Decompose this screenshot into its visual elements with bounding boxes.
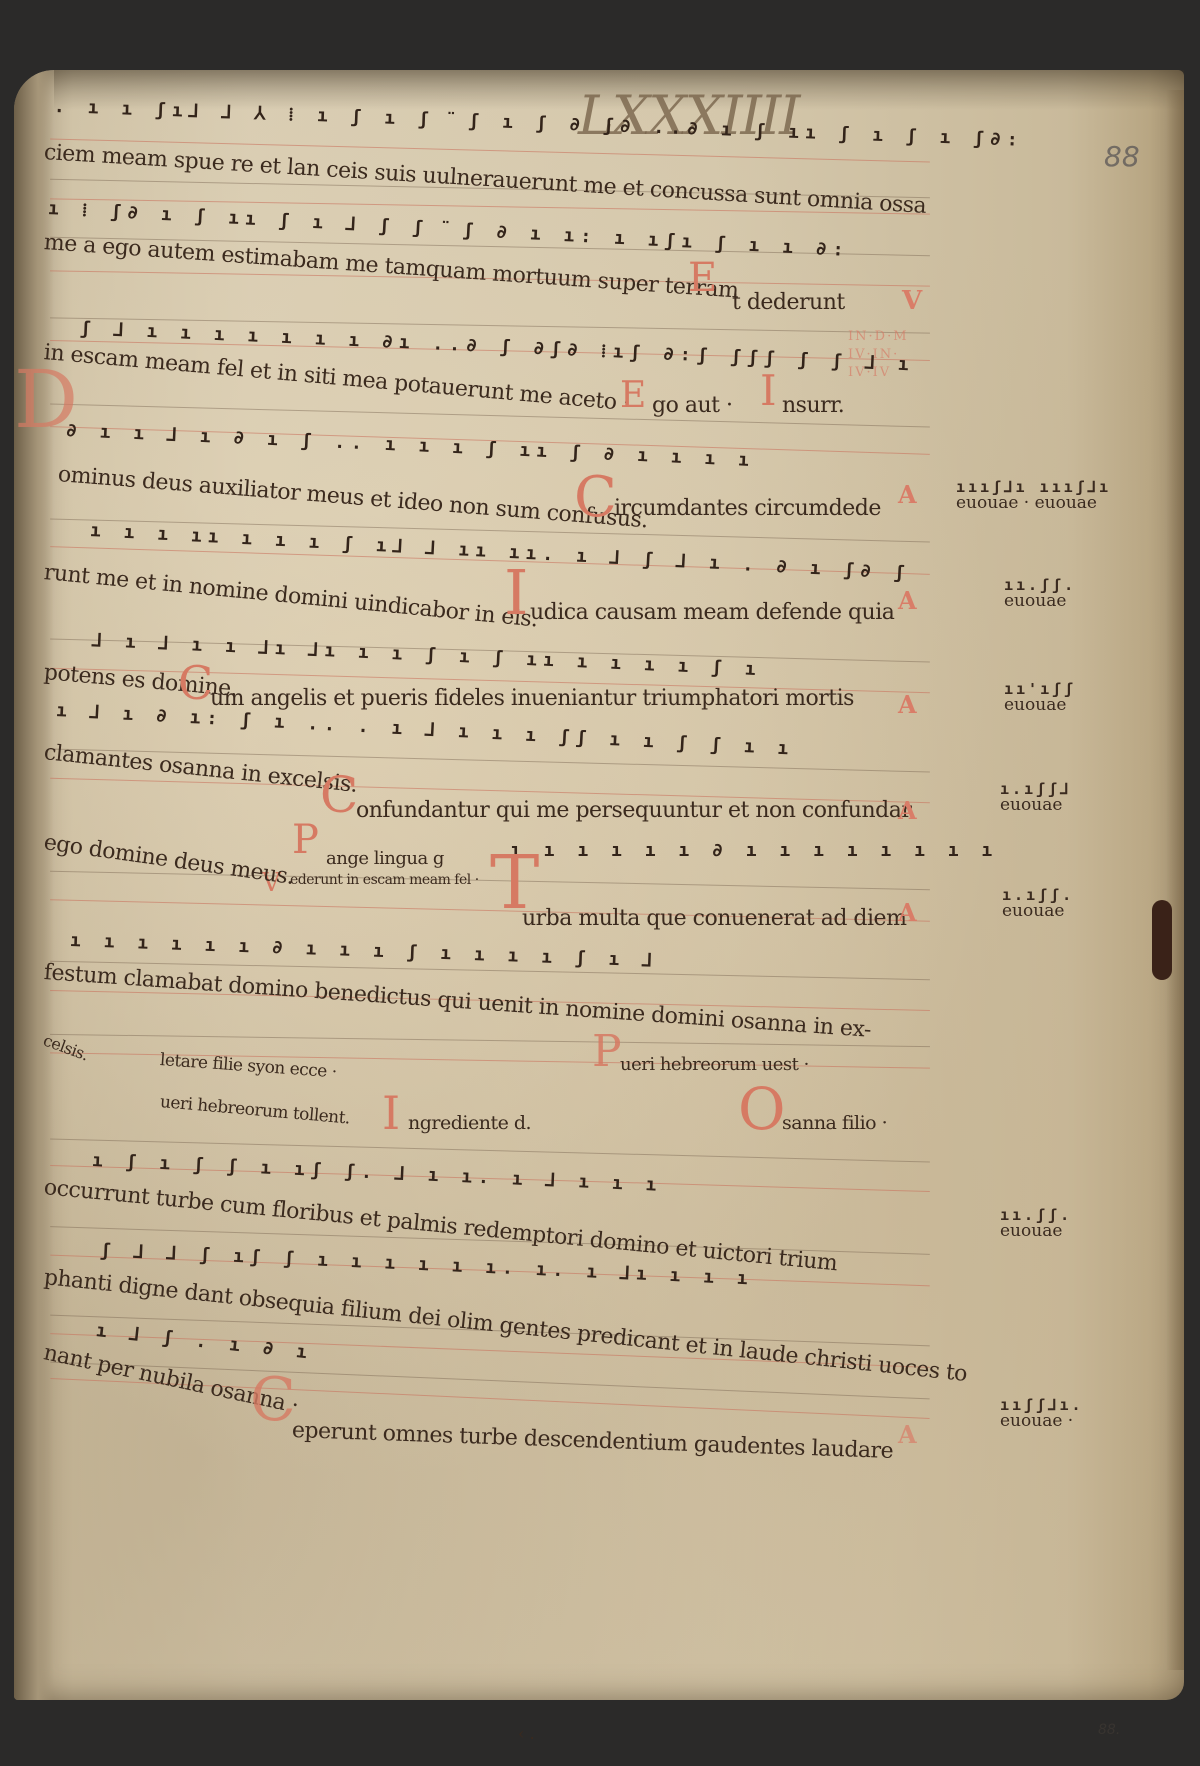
euouae-formula: ıı.ʃʃ. euouae — [1000, 1206, 1072, 1241]
chant-text-line: udica causam meam defende quia — [530, 600, 894, 625]
red-initial: I — [382, 1090, 400, 1136]
formula-text: euouae · — [1000, 1411, 1084, 1431]
chant-text-line: ederunt in escam meam fel · — [290, 872, 479, 888]
red-initial: E — [620, 378, 646, 414]
versicle-mark: V — [902, 286, 922, 316]
antiphon-mark: A — [898, 480, 917, 509]
formula-text: euouae — [1000, 1221, 1072, 1241]
red-initial: C — [574, 470, 617, 526]
bottom-folio-number: 88. — [1098, 1722, 1120, 1738]
formula-text: euouae · euouae — [956, 493, 1111, 513]
euouae-formula: ı.ıʃʃ. euouae — [1002, 886, 1074, 921]
formula-text: euouae — [1004, 695, 1076, 715]
manuscript-page — [14, 70, 1184, 1700]
red-initial: I — [760, 370, 777, 412]
euouae-formula: ıııʃ⅃ı ıııʃ⅃ı euouae · euouae — [956, 478, 1111, 513]
red-initial: C — [250, 1370, 296, 1430]
chant-text-line: urba multa que conuenerat ad diem — [522, 906, 906, 931]
chant-text-line: ange lingua g — [326, 848, 444, 869]
antiphon-mark: A — [898, 690, 917, 719]
chant-text-line: nsurr. — [782, 393, 844, 418]
bottom-mark: ‹ . — [518, 1724, 535, 1743]
pencil-folio-number: 88 — [1104, 140, 1140, 173]
formula-text: euouae — [1002, 901, 1074, 921]
formula-text: euouae — [1000, 795, 1072, 815]
red-initial: P — [592, 1030, 622, 1074]
chant-text-line: ueri hebreorum uest · — [620, 1054, 809, 1075]
euouae-formula: ıı.ʃʃ. euouae — [1004, 576, 1076, 611]
chant-text-line: go aut · — [652, 393, 732, 418]
chant-text-line: ircumdantes circumdede — [614, 496, 881, 521]
chant-text-line: t dederunt — [732, 290, 845, 315]
chant-text-line: um angelis et pueris fideles inueniantur… — [210, 686, 854, 711]
antiphon-mark: A — [898, 586, 917, 615]
red-initial: C — [320, 770, 358, 820]
page-right-edge — [1166, 90, 1184, 1670]
chant-text-line: ngrediente d. — [408, 1112, 531, 1134]
red-initial: I — [504, 562, 529, 624]
antiphon-mark: A — [898, 796, 917, 825]
euouae-formula: ııʃʃ⅃ı. euouae · — [1000, 1396, 1084, 1431]
ink-stain — [1152, 900, 1172, 980]
chant-text-line: sanna filio · — [782, 1112, 887, 1134]
antiphon-mark: A — [898, 898, 917, 927]
euouae-formula: ıı'ıʃʃ euouae — [1004, 680, 1076, 715]
neume-line: ı ı ı ı ı ı ∂ ı ı ı ı ı ı ı ı — [510, 840, 998, 861]
red-initial: O — [738, 1080, 786, 1138]
formula-text: euouae — [1004, 591, 1076, 611]
red-initial: P — [292, 820, 319, 860]
chant-text-line: onfundantur qui me persequuntur et non c… — [356, 798, 911, 823]
red-initial: C — [178, 660, 213, 706]
red-initial: E — [688, 258, 717, 298]
antiphon-mark: A — [898, 1420, 917, 1449]
euouae-formula: ı.ıʃʃ⅃ euouae — [1000, 780, 1072, 815]
binding-gutter — [14, 70, 54, 1700]
